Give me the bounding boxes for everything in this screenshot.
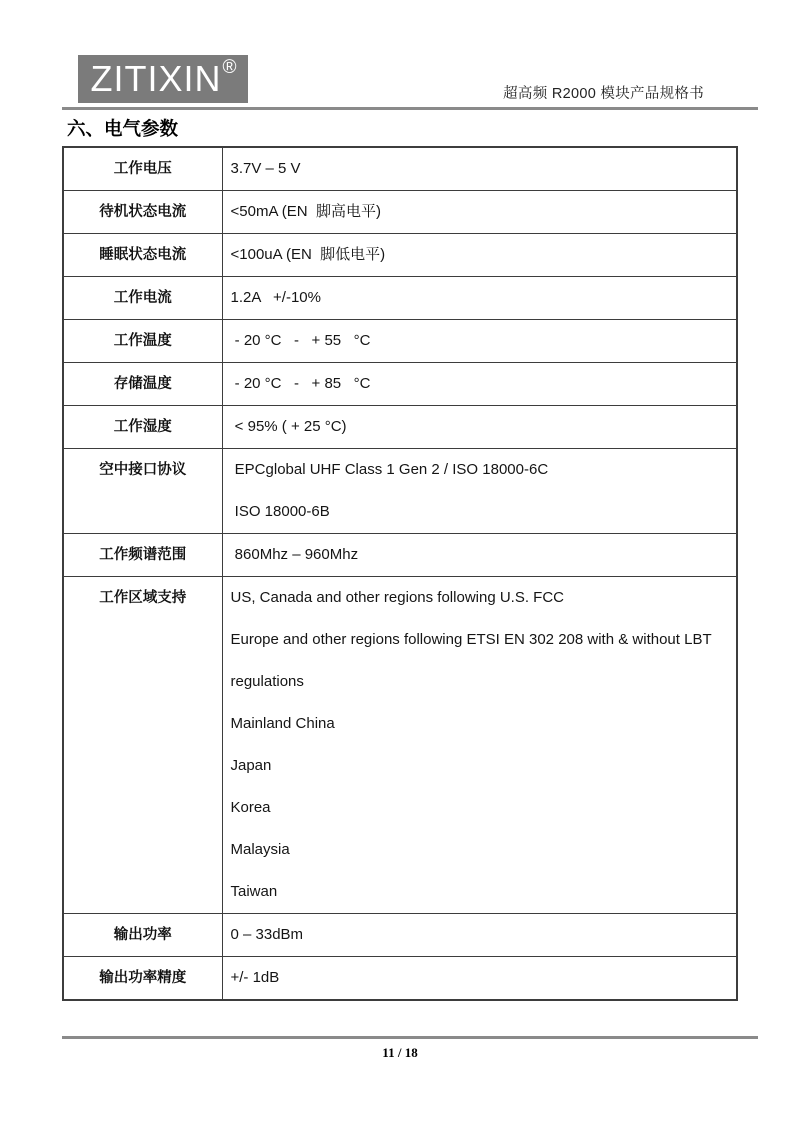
param-value: 3.7V – 5 V xyxy=(222,147,737,191)
param-label: 工作电压 xyxy=(63,147,222,191)
param-label: 工作电流 xyxy=(63,277,222,320)
table-row: 空中接口协议 EPCglobal UHF Class 1 Gen 2 / ISO… xyxy=(63,449,737,534)
param-value-line: Taiwan xyxy=(231,871,733,913)
header-rule xyxy=(62,107,758,110)
param-value-line: <50mA (EN 脚高电平) xyxy=(231,191,733,233)
param-value-line: < 95% ( + 25 °C) xyxy=(231,406,733,448)
param-label: 睡眠状态电流 xyxy=(63,234,222,277)
param-value-line: 1.2A +/-10% xyxy=(231,277,733,319)
section-title: 六、电气参数 xyxy=(67,115,178,141)
param-value: <100uA (EN 脚低电平) xyxy=(222,234,737,277)
logo-text: ZITIXIN xyxy=(91,55,222,103)
param-value-line: Japan xyxy=(231,745,733,787)
param-value: - 20 °C - + 55 °C xyxy=(222,320,737,363)
param-value-line: +/- 1dB xyxy=(231,957,733,999)
param-value-line: US, Canada and other regions following U… xyxy=(231,577,733,619)
param-label: 工作区域支持 xyxy=(63,577,222,914)
param-value-line: regulations xyxy=(231,661,733,703)
table-row: 存储温度 - 20 °C - + 85 °C xyxy=(63,363,737,406)
param-value-line: 860Mhz – 960Mhz xyxy=(231,534,733,576)
table-row: 工作湿度 < 95% ( + 25 °C) xyxy=(63,406,737,449)
param-value-line: - 20 °C - + 55 °C xyxy=(231,320,733,362)
table-row: 工作电压3.7V – 5 V xyxy=(63,147,737,191)
param-value: US, Canada and other regions following U… xyxy=(222,577,737,914)
table-row: 输出功率精度+/- 1dB xyxy=(63,957,737,1001)
param-label: 工作频谱范围 xyxy=(63,534,222,577)
param-value: - 20 °C - + 85 °C xyxy=(222,363,737,406)
doc-title: 超高频 R2000 模块产品规格书 xyxy=(503,82,704,103)
table-row: 工作电流1.2A +/-10% xyxy=(63,277,737,320)
table-row: 工作温度 - 20 °C - + 55 °C xyxy=(63,320,737,363)
param-value-line: 3.7V – 5 V xyxy=(231,148,733,190)
page-number: 11 / 18 xyxy=(0,1045,800,1061)
param-label: 空中接口协议 xyxy=(63,449,222,534)
param-value-line: - 20 °C - + 85 °C xyxy=(231,363,733,405)
param-label: 输出功率 xyxy=(63,914,222,957)
param-value: EPCglobal UHF Class 1 Gen 2 / ISO 18000-… xyxy=(222,449,737,534)
spec-table: 工作电压3.7V – 5 V待机状态电流<50mA (EN 脚高电平)睡眠状态电… xyxy=(62,146,738,1001)
table-row: 待机状态电流<50mA (EN 脚高电平) xyxy=(63,191,737,234)
param-label: 输出功率精度 xyxy=(63,957,222,1001)
param-value: 0 – 33dBm xyxy=(222,914,737,957)
param-value: 1.2A +/-10% xyxy=(222,277,737,320)
param-label: 存储温度 xyxy=(63,363,222,406)
table-row: 睡眠状态电流<100uA (EN 脚低电平) xyxy=(63,234,737,277)
param-value-line: Europe and other regions following ETSI … xyxy=(231,619,733,661)
document-page: ZITIXIN® 超高频 R2000 模块产品规格书 六、电气参数 工作电压3.… xyxy=(0,0,800,1132)
param-value: 860Mhz – 960Mhz xyxy=(222,534,737,577)
company-logo: ZITIXIN® xyxy=(78,55,248,103)
spec-table-body: 工作电压3.7V – 5 V待机状态电流<50mA (EN 脚高电平)睡眠状态电… xyxy=(63,147,737,1000)
footer-rule xyxy=(62,1036,758,1039)
table-row: 工作区域支持US, Canada and other regions follo… xyxy=(63,577,737,914)
param-label: 待机状态电流 xyxy=(63,191,222,234)
table-row: 工作频谱范围 860Mhz – 960Mhz xyxy=(63,534,737,577)
param-value-line: Malaysia xyxy=(231,829,733,871)
param-value-line: ISO 18000-6B xyxy=(231,491,733,533)
param-value-line: Korea xyxy=(231,787,733,829)
param-value: +/- 1dB xyxy=(222,957,737,1001)
registered-trademark-icon: ® xyxy=(223,57,237,79)
param-value-line: <100uA (EN 脚低电平) xyxy=(231,234,733,276)
param-value: < 95% ( + 25 °C) xyxy=(222,406,737,449)
param-value-line: EPCglobal UHF Class 1 Gen 2 / ISO 18000-… xyxy=(231,449,733,491)
param-value: <50mA (EN 脚高电平) xyxy=(222,191,737,234)
param-label: 工作湿度 xyxy=(63,406,222,449)
table-row: 输出功率0 – 33dBm xyxy=(63,914,737,957)
param-value-line: 0 – 33dBm xyxy=(231,914,733,956)
param-value-line: Mainland China xyxy=(231,703,733,745)
param-label: 工作温度 xyxy=(63,320,222,363)
